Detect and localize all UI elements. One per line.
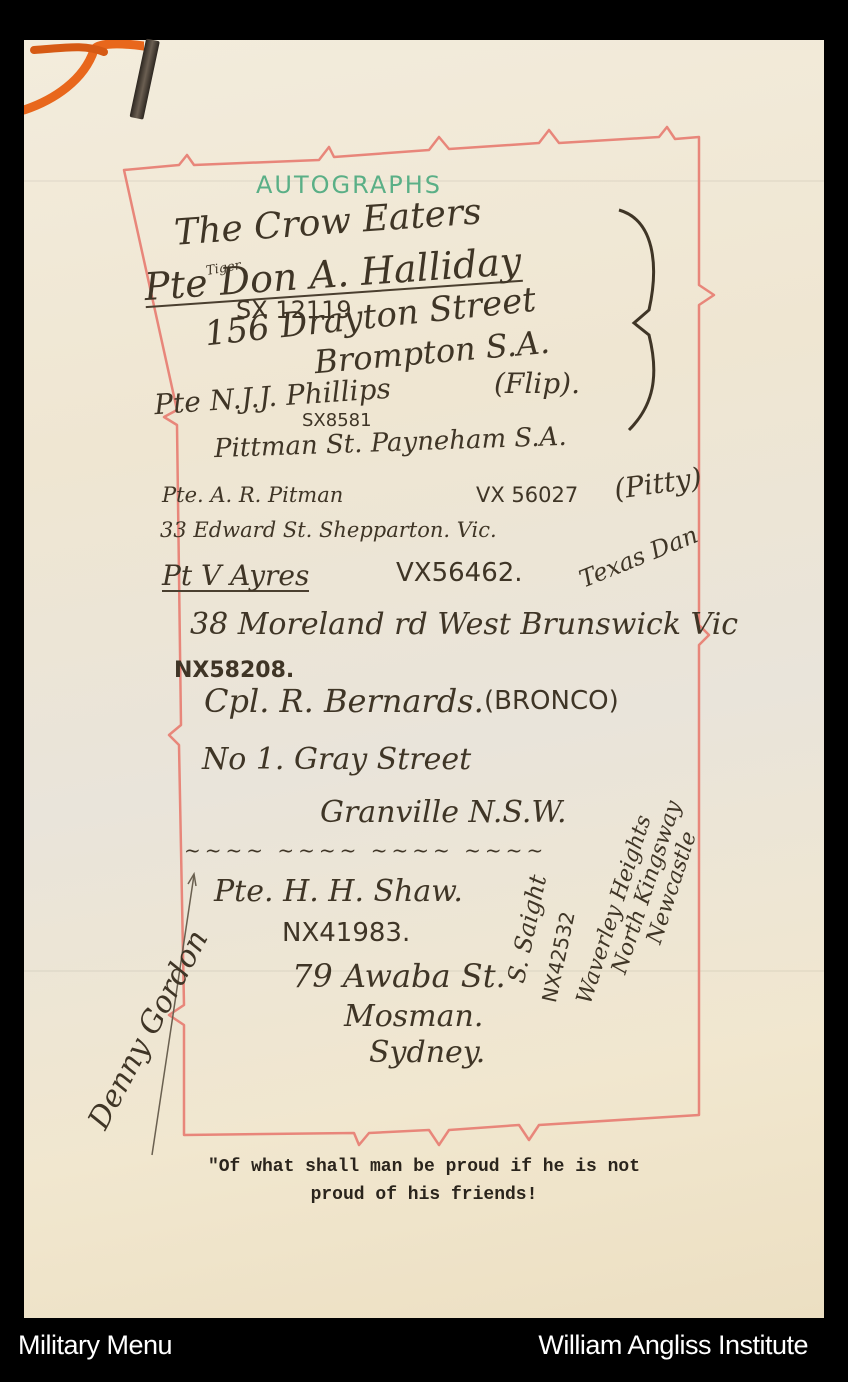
entry-service-number: VX 56027 [476,485,578,506]
entry-service-number: SX8581 [302,412,372,430]
entry-address-line3: Sydney. [369,1038,485,1068]
separator-squiggle: ~~~~ ~~~~ ~~~~ ~~~~ [184,840,547,860]
entry-nickname: (BRONCO) [484,688,619,714]
footer-right-label: William Angliss Institute [538,1330,808,1361]
entry-name: Pt V Ayres [162,562,309,592]
entry-nickname: (Flip). [494,370,580,398]
footer-left-label: Military Menu [18,1330,172,1361]
entry-address-line1: 79 Awaba St. [292,960,506,992]
entry-address-line1: 38 Moreland rd West Brunswick Vic [190,610,738,640]
entry-service-number: VX56462. [396,560,523,586]
orange-string-icon [24,40,144,126]
entry-name: Pte. A. R. Pitman [162,485,343,506]
quote-line-2: proud of his friends! [24,1181,824,1209]
entry-address-line2: Mosman. [344,1002,483,1032]
brace-icon [614,205,664,435]
entry-name: Pte. H. H. Shaw. [214,877,463,907]
entry-name: Cpl. R. Bernards. [204,685,484,717]
entry-address-line2: Granville N.S.W. [320,798,567,828]
autographs-stamp: AUTOGRAPHS [256,173,442,197]
entry-service-number: NX58208. [174,660,294,682]
autograph-page: AUTOGRAPHS The Crow Eaters Tiger Pte Don… [24,40,824,1318]
entry-service-number: NX41983. [282,920,410,946]
entry-address-line1: 33 Edward St. Shepparton. Vic. [160,520,497,541]
quote-line-1: "Of what shall man be proud if he is not [24,1153,824,1181]
entry-address-line1: No 1. Gray Street [202,745,471,775]
